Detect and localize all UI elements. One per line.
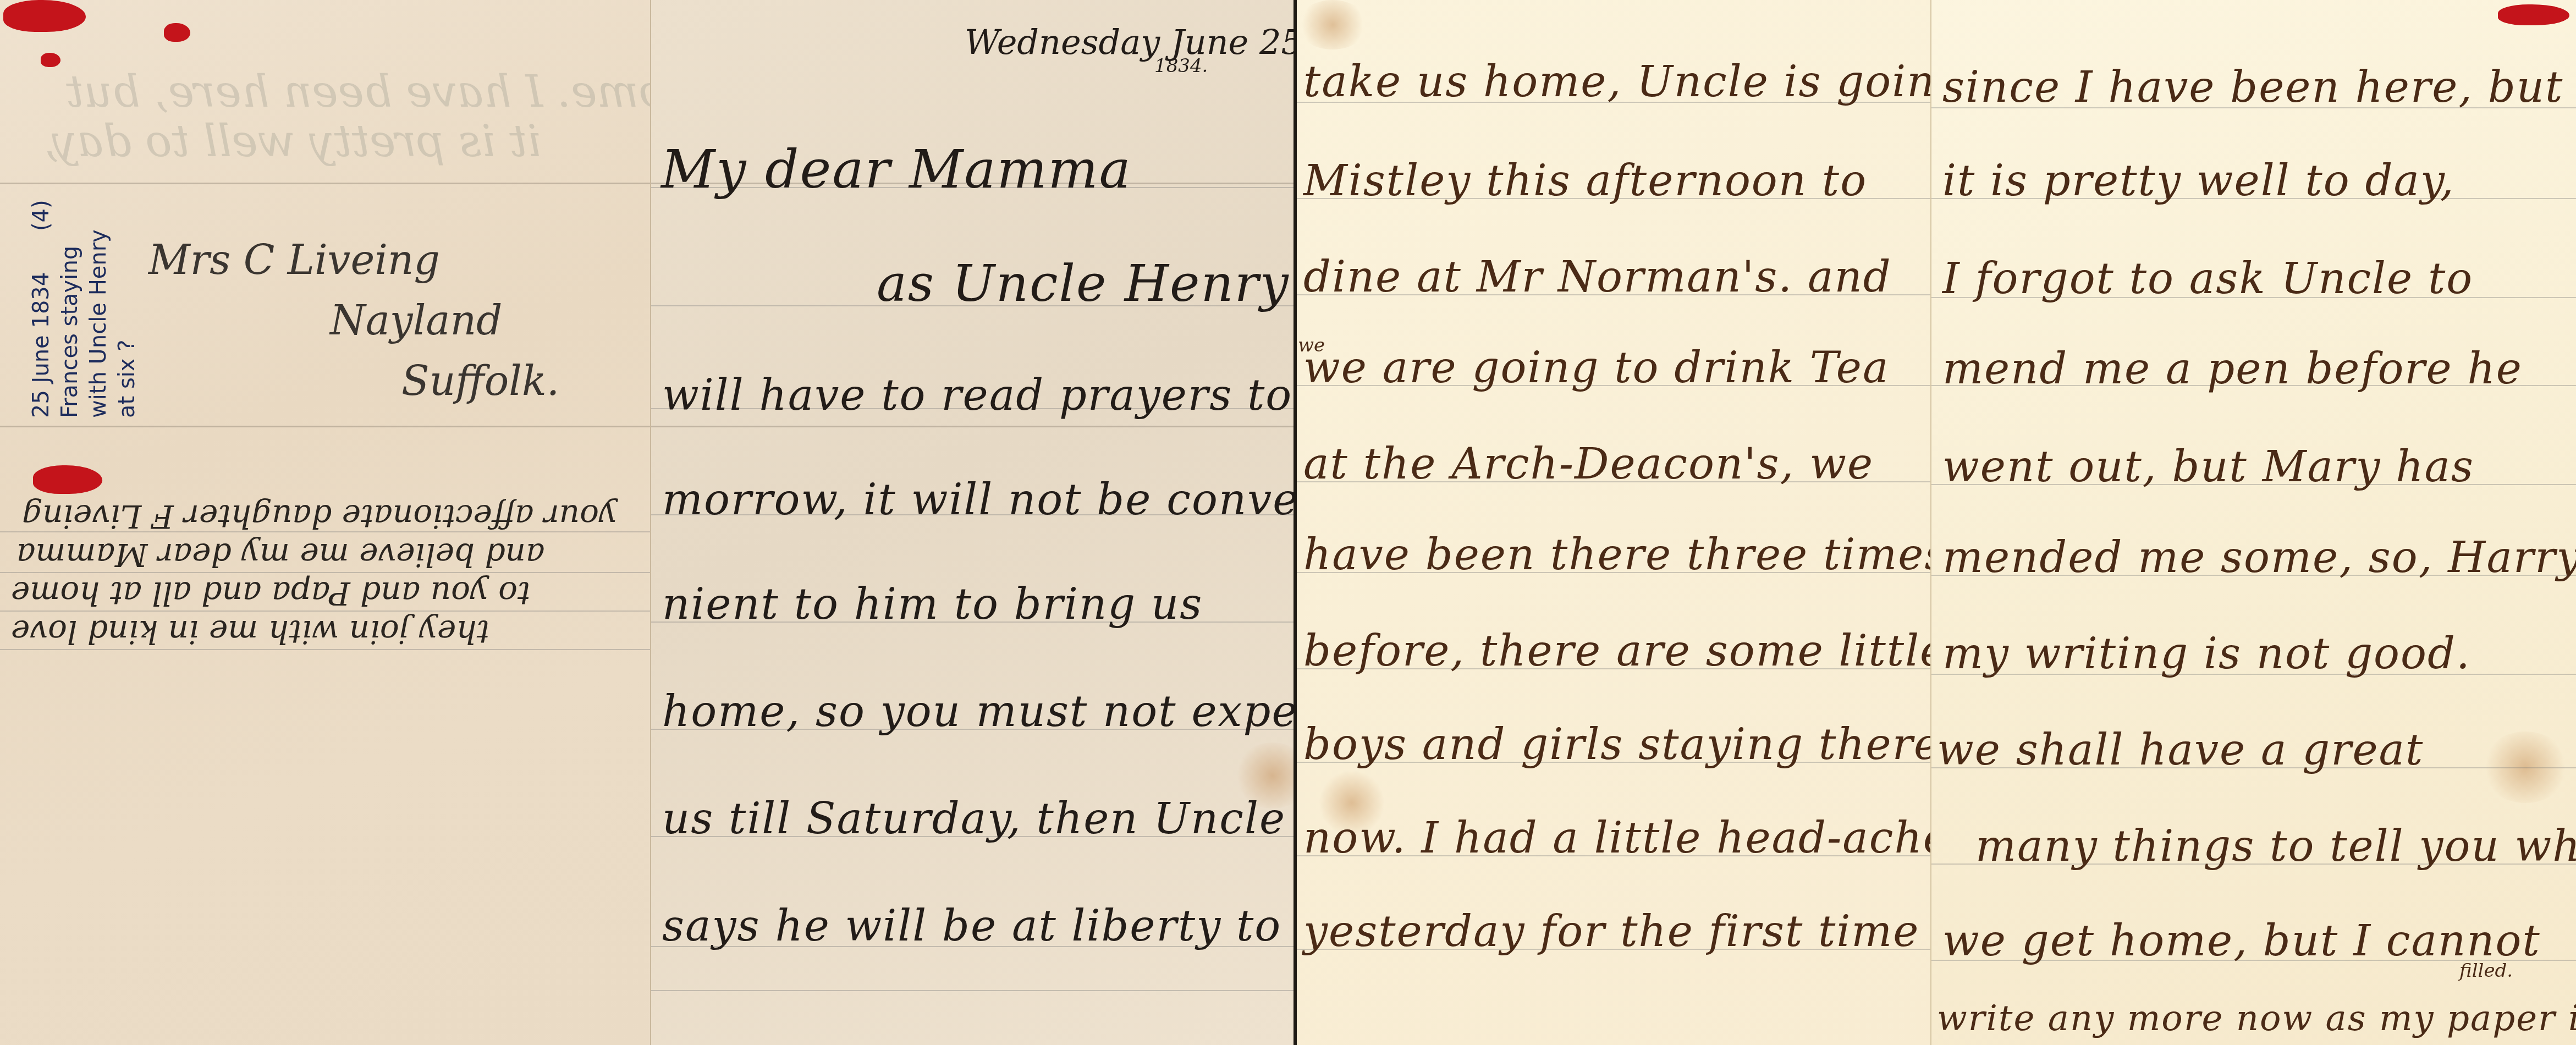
letter-line: it is pretty well to day, xyxy=(1942,159,2454,202)
letter-page-3: since I have been here, but it is pretty… xyxy=(1930,0,2576,1045)
letter-year: 1834. xyxy=(1154,55,1208,77)
letter-line: mend me a pen before he xyxy=(1942,348,2523,391)
archive-note-date: 25 June 1834 xyxy=(29,272,54,418)
closing-signature-line: your affectionate daughter F Liveing xyxy=(22,498,617,535)
letter-line: morrow, it will not be conve- xyxy=(662,479,1295,521)
recipient-town: Nayland xyxy=(330,297,503,344)
letter-line: nient to him to bring us xyxy=(662,583,1203,626)
letter-line: since I have been here, but xyxy=(1942,66,2563,109)
letter-line: at the Arch-Deacon's, we xyxy=(1303,443,1874,486)
fold-line xyxy=(0,183,650,184)
wax-seal xyxy=(33,465,102,494)
letter-line: take us home, Uncle is going to xyxy=(1303,61,1934,103)
letter-line: many things to tell you when xyxy=(1975,825,2576,868)
letter-line: as Uncle Henry xyxy=(877,258,1290,309)
letter-line: yesterday for the first time xyxy=(1303,910,1919,953)
letter-line: my writing is not good. xyxy=(1942,632,2471,675)
letter-line: dine at Mr Norman's. and xyxy=(1303,256,1892,299)
letter-line: write any more now as my paper is xyxy=(1937,1001,2576,1036)
address-panel: Lome. I have been here, but it is pretty… xyxy=(0,0,650,1045)
closing-line: and believe me my dear Mamma xyxy=(16,536,545,574)
archive-note-line: Frances staying xyxy=(57,246,82,418)
letter-page-1: Wednesday June 25. 1834. My dear Mamma a… xyxy=(650,0,1295,1045)
letter-page-2: we take us home, Uncle is going to Mistl… xyxy=(1293,0,1934,1045)
closing-line: they join with me in kind love xyxy=(11,613,489,651)
fold-line xyxy=(0,426,650,427)
closing-line: to you and Papa and all at home xyxy=(11,575,530,612)
fold-line xyxy=(651,426,1295,427)
letter-line: we are going to drink Tea xyxy=(1303,346,1889,389)
archive-note-line: with Uncle Henry xyxy=(86,229,111,418)
archive-reference: (4) xyxy=(29,200,54,231)
wax-seal xyxy=(3,0,86,32)
letter-line: now. I had a little head-ache xyxy=(1303,817,1934,860)
bleed-through-text: it is pretty well to day, xyxy=(44,116,541,167)
letter-line: home, so you must not expect xyxy=(662,690,1295,733)
letter-line: mended me some, so, Harry xyxy=(1942,536,2576,579)
letter-line: before, there are some little xyxy=(1303,630,1934,673)
bleed-through-text: Lome. I have been here, but xyxy=(66,66,650,117)
letter-line: will have to read prayers to- xyxy=(662,374,1295,417)
recipient-name: Mrs C Liveing xyxy=(148,237,440,284)
salutation: My dear Mamma xyxy=(661,143,1132,196)
letter-line: have been there three times xyxy=(1303,533,1934,576)
letter-line: says he will be at liberty to xyxy=(662,905,1281,948)
wax-seal-fragment xyxy=(41,53,60,67)
archive-note-line: at six ? xyxy=(114,340,140,418)
letter-line: us till Saturday, then Uncle xyxy=(662,798,1286,840)
letter-line: we shall have a great xyxy=(1937,729,2424,772)
recipient-county: Suffolk. xyxy=(401,358,559,405)
wax-seal-fragment xyxy=(2498,4,2569,25)
letter-line: we get home, but I cannot xyxy=(1942,920,2541,963)
ruled-line xyxy=(651,990,1295,991)
letter-line: I forgot to ask Uncle to xyxy=(1942,257,2473,300)
letter-line: boys and girls staying there xyxy=(1303,723,1934,766)
insertion-note: filled. xyxy=(2459,960,2513,982)
paper-stain xyxy=(1297,0,1368,50)
letter-line: went out, but Mary has xyxy=(1942,446,2474,488)
letter-line: Mistley this afternoon to xyxy=(1303,159,1867,202)
wax-seal-fragment xyxy=(164,23,190,42)
letter-date: Wednesday June 25. xyxy=(965,22,1295,62)
